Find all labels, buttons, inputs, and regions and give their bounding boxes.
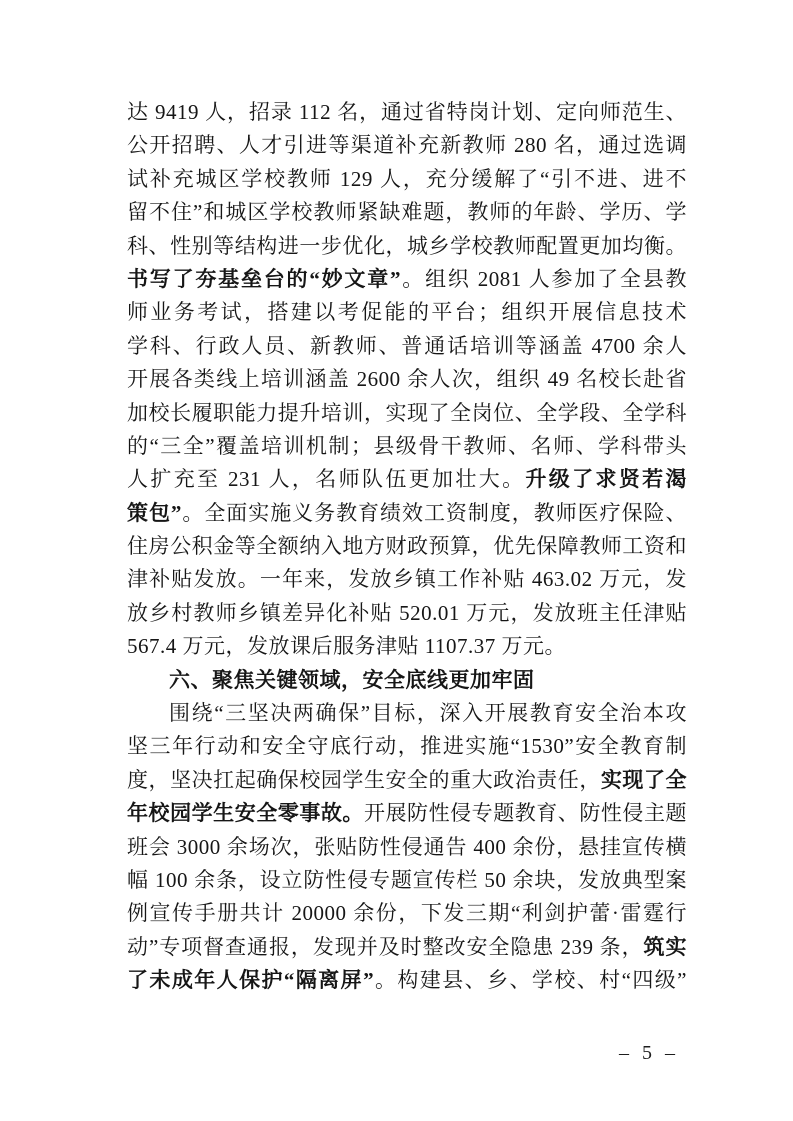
- text-line: 年校园学生安全零事故。开展防性侵专题教育、防性侵主题: [127, 797, 687, 830]
- text-line: 幅 100 余条，设立防性侵专题宣传栏 50 余块，发放典型案: [127, 864, 687, 897]
- text-line: 津补贴发放。一年来，发放乡镇工作补贴 463.02 万元，发: [127, 563, 687, 596]
- text-line: 书写了夯基垒台的“妙文章”。组织 2081 人参加了全县教: [127, 263, 687, 296]
- text-run: 动”专项督查通报，发现并及时整改安全隐患 239 条，: [127, 935, 644, 959]
- text-run: 加校长履职能力提升培训，实现了全岗位、全学段、全学科: [127, 401, 687, 425]
- text-line: 策包”。全面实施义务教育绩效工资制度，教师医疗保险、: [127, 497, 687, 530]
- text-line: 试补充城区学校教师 129 人，充分缓解了“引不进、进不优、: [127, 163, 687, 196]
- text-line: 留不住”和城区学校教师紧缺难题，教师的年龄、学历、学: [127, 196, 687, 229]
- text-line: 住房公积金等全额纳入地方财政预算，优先保障教师工资和: [127, 530, 687, 563]
- text-line: 开展各类线上培训涵盖 2600 余人次，组织 49 名校长赴省参: [127, 363, 687, 396]
- text-line: 人扩充至 231 人，名师队伍更加壮大。升级了求贤若渴的“政: [127, 463, 687, 496]
- text-line: 围绕“三坚决两确保”目标，深入开展教育安全治本攻: [127, 697, 687, 730]
- text-line: 师业务考试，搭建以考促能的平台；组织开展信息技术 2.0、: [127, 296, 687, 329]
- page-number: – 5 –: [127, 1040, 679, 1066]
- text-run: 筑实: [644, 935, 687, 959]
- text-run: 了未成年人保护“隔离屏”: [127, 968, 374, 992]
- text-run: 的“三全”覆盖培训机制；县级骨干教师、名师、学科带头: [127, 434, 687, 458]
- text-run: 班会 3000 余场次，张贴防性侵通告 400 余份，悬挂宣传横: [127, 835, 687, 859]
- text-run: 师业务考试，搭建以考促能的平台；组织开展信息技术 2.0、: [127, 300, 687, 329]
- text-line: 学科、行政人员、新教师、普通话培训等涵盖 4700 余人次，: [127, 330, 687, 363]
- text-run: 坚三年行动和安全守底行动，推进实施“1530”安全教育制: [127, 734, 687, 758]
- text-run: 幅 100 余条，设立防性侵专题宣传栏 50 余块，发放典型案: [127, 868, 687, 892]
- text-run: 。全面实施义务教育绩效工资制度，教师医疗保险、: [182, 501, 687, 525]
- text-line: 班会 3000 余场次，张贴防性侵通告 400 余份，悬挂宣传横: [127, 831, 687, 864]
- text-line: 567.4 万元，发放课后服务津贴 1107.37 万元。: [127, 630, 687, 663]
- text-run: 围绕“三坚决两确保”目标，深入开展教育安全治本攻: [169, 701, 687, 725]
- text-line: 的“三全”覆盖培训机制；县级骨干教师、名师、学科带头: [127, 430, 687, 463]
- text-line: 加校长履职能力提升培训，实现了全岗位、全学段、全学科: [127, 397, 687, 430]
- text-run: 开展各类线上培训涵盖 2600 余人次，组织 49 名校长赴省参: [127, 367, 687, 396]
- text-run: 留不住”和城区学校教师紧缺难题，教师的年龄、学历、学: [127, 200, 687, 224]
- text-line: 了未成年人保护“隔离屏”。构建县、乡、学校、村“四级”: [127, 964, 687, 997]
- text-block: 达 9419 人，招录 112 名，通过省特岗计划、定向师范生、公开招聘、人才引…: [127, 96, 687, 998]
- text-run: 年校园学生安全零事故。: [127, 801, 364, 825]
- text-line: 度，坚决扛起确保校园学生安全的重大政治责任，实现了全: [127, 764, 687, 797]
- text-run: 达 9419 人，招录 112 名，通过省特岗计划、定向师范生、: [127, 100, 687, 124]
- text-run: 人扩充至 231 人，名师队伍更加壮大。: [127, 467, 525, 491]
- text-line: 公开招聘、人才引进等渠道补充新教师 280 名，通过选调考: [127, 129, 687, 162]
- text-run: 。组织 2081 人参加了全县教: [401, 267, 687, 291]
- text-line: 动”专项督查通报，发现并及时整改安全隐患 239 条，筑实: [127, 931, 687, 964]
- text-run: 书写了夯基垒台的“妙文章”: [127, 267, 401, 291]
- text-run: 津补贴发放。一年来，发放乡镇工作补贴 463.02 万元，发: [127, 567, 687, 591]
- text-run: 科、性别等结构进一步优化，城乡学校教师配置更加均衡。: [127, 234, 687, 258]
- section-heading: 六、聚焦关键领域，安全底线更加牢固: [127, 664, 687, 697]
- text-line: 放乡村教师乡镇差异化补贴 520.01 万元，发放班主任津贴: [127, 597, 687, 630]
- text-line: 坚三年行动和安全守底行动，推进实施“1530”安全教育制: [127, 730, 687, 763]
- text-run: 公开招聘、人才引进等渠道补充新教师 280 名，通过选调考: [127, 133, 687, 162]
- text-run: 策包”: [127, 501, 182, 525]
- text-run: 567.4 万元，发放课后服务津贴 1107.37 万元。: [127, 634, 566, 658]
- text-run: 开展防性侵专题教育、防性侵主题: [364, 801, 687, 825]
- text-run: 学科、行政人员、新教师、普通话培训等涵盖 4700 余人次，: [127, 334, 687, 363]
- text-run: 六、聚焦关键领域，安全底线更加牢固: [169, 669, 535, 692]
- text-run: 试补充城区学校教师 129 人，充分缓解了“引不进、进不优、: [127, 167, 687, 196]
- text-run: 。构建县、乡、学校、村“四级”: [374, 968, 687, 992]
- text-line: 例宣传手册共计 20000 余份，下发三期“利剑护蕾·雷霆行: [127, 897, 687, 930]
- text-run: 例宣传手册共计 20000 余份，下发三期“利剑护蕾·雷霆行: [127, 901, 687, 925]
- text-line: 达 9419 人，招录 112 名，通过省特岗计划、定向师范生、: [127, 96, 687, 129]
- text-run: 住房公积金等全额纳入地方财政预算，优先保障教师工资和: [127, 534, 687, 558]
- document-page: 达 9419 人，招录 112 名，通过省特岗计划、定向师范生、公开招聘、人才引…: [0, 0, 793, 1121]
- text-run: 放乡村教师乡镇差异化补贴 520.01 万元，发放班主任津贴: [127, 601, 687, 625]
- text-line: 科、性别等结构进一步优化，城乡学校教师配置更加均衡。: [127, 230, 687, 263]
- text-run: 实现了全: [601, 768, 687, 792]
- text-run: 度，坚决扛起确保校园学生安全的重大政治责任，: [127, 768, 601, 792]
